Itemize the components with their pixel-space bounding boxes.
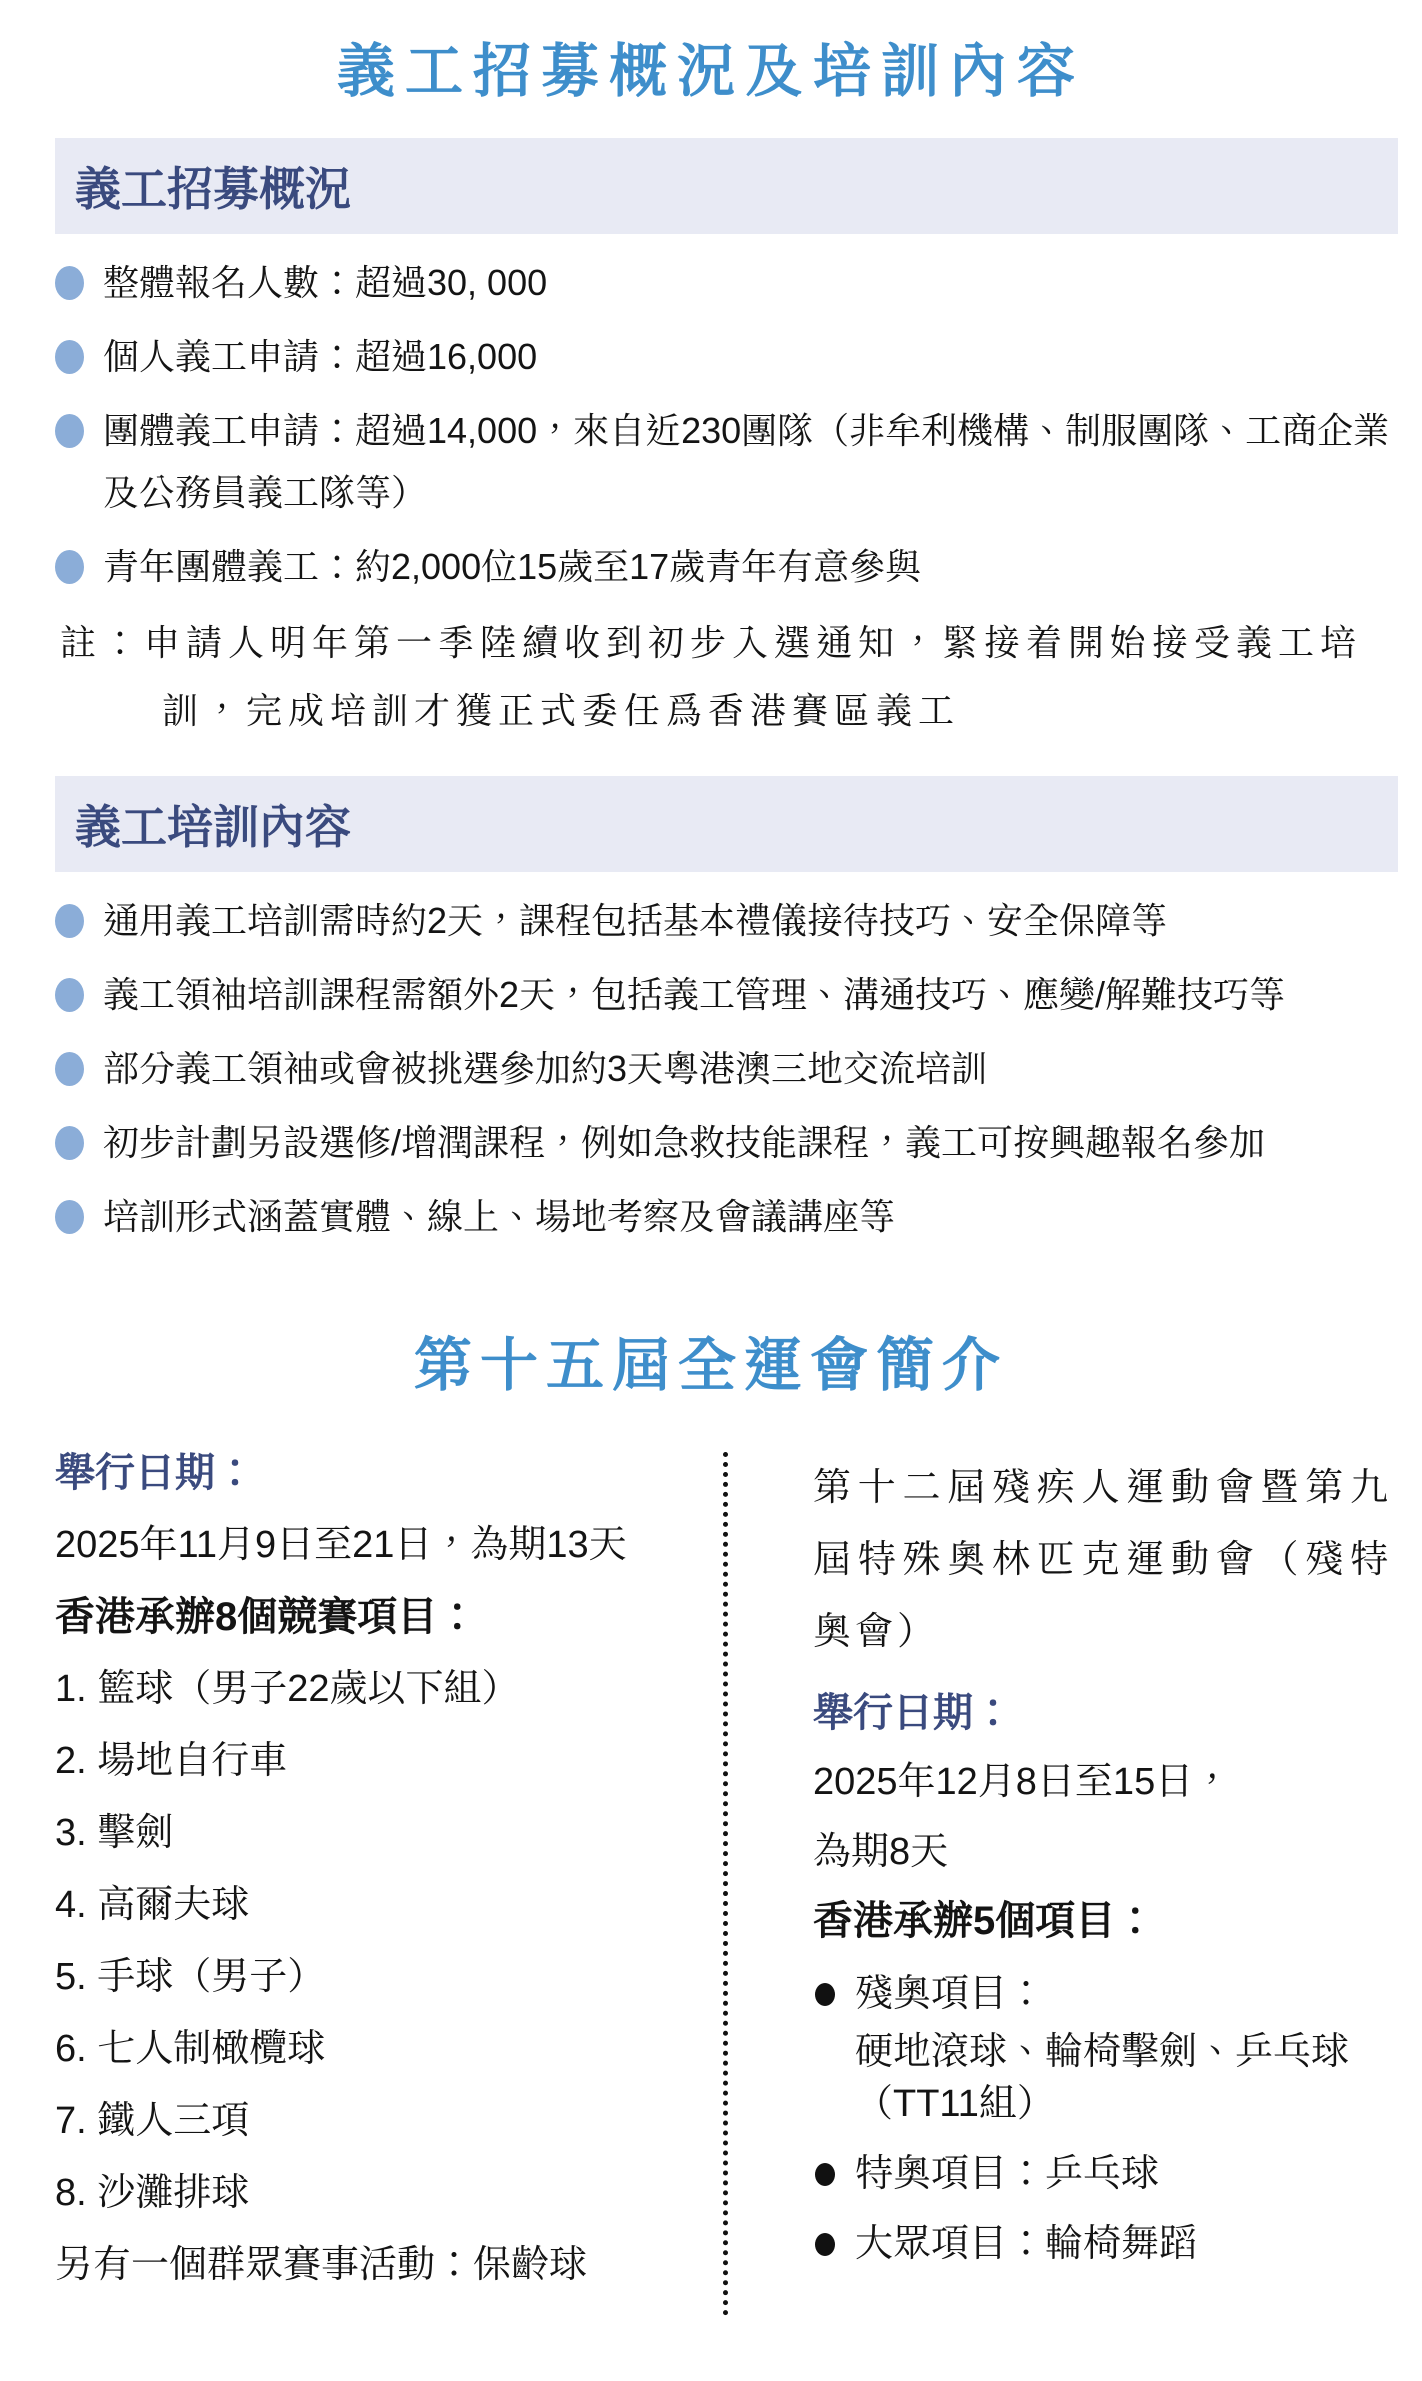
left-event-item: 3. 擊劍 [55, 1812, 673, 1854]
right-date-line: 為期8天 [813, 1830, 1392, 1874]
left-event-item: 5. 手球（男子） [55, 1956, 673, 1998]
note-text: 申請人明年第一季陸續收到初步入選通知，緊接着開始接受義工培訓，完成培訓才獲正式委… [144, 623, 1362, 732]
right-intro-text: 第十二屆殘疾人運動會暨第九屆特殊奧林匹克運動會（殘特奧會） [813, 1452, 1392, 1668]
right-event-detail: 硬地滾球、輪椅擊劍、乒乓球 [855, 2030, 1392, 2074]
right-event-detail: （TT11組） [855, 2082, 1392, 2126]
training-bullet: 部分義工領袖或會被挑選參加約3天粵港澳三地交流培訓 [55, 1038, 1392, 1100]
right-events-header: 香港承辦5個項目： [813, 1900, 1392, 1942]
training-bullet: 通用義工培訓需時約2天，課程包括基本禮儀接待技巧、安全保障等 [55, 890, 1392, 952]
training-bullet: 初步計劃另設選修/增潤課程，例如急救技能課程，義工可按興趣報名參加 [55, 1112, 1392, 1174]
recruitment-note: 註：申請人明年第一季陸續收到初步入選通知，緊接着開始接受義工培訓，完成培訓才獲正… [60, 610, 1392, 746]
right-event-item: 特奧項目：乒乓球 [813, 2152, 1392, 2196]
left-event-item: 2. 場地自行車 [55, 1740, 673, 1782]
right-event-item: 大眾項目：輪椅舞蹈 [813, 2222, 1392, 2266]
recruitment-bullet: 整體報名人數：超過30, 000 [55, 252, 1392, 314]
right-date-label: 舉行日期： [813, 1692, 1392, 1734]
left-event-item: 4. 高爾夫球 [55, 1884, 673, 1926]
left-date-value: 2025年11月9日至21日，為期13天 [55, 1524, 673, 1566]
recruitment-bullet: 青年團體義工：約2,000位15歲至17歲青年有意參與 [55, 536, 1392, 598]
right-event-label: 殘奧項目： [855, 1972, 1392, 2016]
training-bullet-list: 通用義工培訓需時約2天，課程包括基本禮儀接待技巧、安全保障等 義工領袖培訓課程需… [55, 890, 1392, 1248]
page-title-recruitment: 義工招募概況及培訓內容 [0, 24, 1422, 108]
left-events-header: 香港承辦8個競賽項目： [55, 1596, 673, 1638]
left-event-item: 7. 鐵人三項 [55, 2100, 673, 2142]
training-bullet: 義工領袖培訓課程需額外2天，包括義工管理、溝通技巧、應變/解難技巧等 [55, 964, 1392, 1026]
left-event-item: 8. 沙灘排球 [55, 2172, 673, 2214]
right-event-label: 特奧項目：乒乓球 [855, 2152, 1392, 2196]
recruitment-bullet: 個人義工申請：超過16,000 [55, 326, 1392, 388]
right-date-line: 2025年12月8日至15日， [813, 1760, 1392, 1804]
games-left-column: 舉行日期： 2025年11月9日至21日，為期13天 香港承辦8個競賽項目： 1… [55, 1452, 673, 2316]
section-header-recruitment: 義工招募概況 [55, 138, 1398, 234]
games-columns: 舉行日期： 2025年11月9日至21日，為期13天 香港承辦8個競賽項目： 1… [55, 1452, 1392, 2316]
recruitment-bullet: 團體義工申請：超過14,000，來自近230團隊（非牟利機構、制服團隊、工商企業… [55, 400, 1392, 524]
left-date-label: 舉行日期： [55, 1452, 673, 1494]
training-bullet: 培訓形式涵蓋實體、線上、場地考察及會議講座等 [55, 1186, 1392, 1248]
volunteer-infographic-page: { "colors":{ "title-blue":"#3E8ECB", "na… [0, 0, 1422, 2381]
section-header-training: 義工培訓內容 [55, 776, 1398, 872]
right-event-label: 大眾項目：輪椅舞蹈 [855, 2222, 1392, 2266]
left-event-item: 6. 七人制橄欖球 [55, 2028, 673, 2070]
page-title-games: 第十五屆全運會簡介 [0, 1318, 1422, 1402]
recruitment-bullet-list: 整體報名人數：超過30, 000 個人義工申請：超過16,000 團體義工申請：… [55, 252, 1392, 598]
right-event-item: 殘奧項目： 硬地滾球、輪椅擊劍、乒乓球 （TT11組） [813, 1972, 1392, 2126]
left-event-item: 1. 籃球（男子22歲以下組） [55, 1668, 673, 1710]
left-footer-note: 另有一個群眾賽事活動：保齡球 [55, 2244, 673, 2286]
note-label: 註： [60, 623, 144, 664]
games-right-column: 第十二屆殘疾人運動會暨第九屆特殊奧林匹克運動會（殘特奧會） 舉行日期： 2025… [728, 1452, 1392, 2316]
